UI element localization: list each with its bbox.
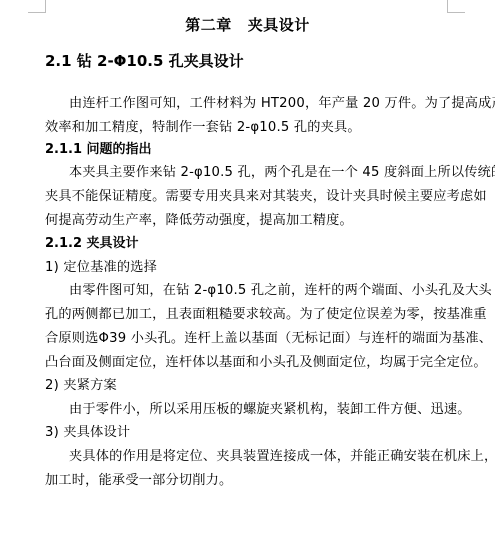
margin-corner-mark-right	[447, 12, 465, 13]
margin-corner-mark-left	[28, 12, 46, 13]
paragraph-line: 凸台面及侧面定位，连杆体以基面和小头孔及侧面定位，均属于完全定位。	[45, 351, 487, 370]
paragraph-line: 效率和加工精度，特制作一套钻 2-φ10.5 孔的夹具。	[45, 116, 361, 135]
paragraph-line: 合原则选Φ39 小头孔。连杆上盖以基面（无标记面）与连杆的端面为基准、	[45, 327, 492, 346]
chapter-name: 夹具设计	[248, 16, 310, 34]
paragraph-line: 本夹具主要作来钻 2-φ10.5 孔，两个孔是在一个 45 度斜面上所以传统的	[69, 161, 495, 180]
list-item-heading: 3) 夹具体设计	[45, 421, 130, 440]
paragraph-line: 夹具不能保证精度。需要专用夹具来对其装夹，设计夹具时候主要应考虑如	[45, 185, 487, 204]
paragraph-line: 何提高劳动生产率，降低劳动强度，提高加工精度。	[45, 209, 353, 228]
paragraph-line: 由于零件小，所以采用压板的螺旋夹紧机构，装卸工件方便、迅速。	[69, 398, 471, 417]
paragraph-line: 孔的两侧都已加工，且表面粗糙要求较高。为了使定位误差为零，按基准重	[45, 303, 487, 322]
subsection-heading: 2.1.1 问题的指出	[45, 138, 152, 157]
chapter-number: 第二章	[185, 16, 232, 34]
paragraph-line: 由连杆工作图可知，工件材料为 HT200，年产量 20 万件。为了提高成产	[69, 92, 495, 111]
paragraph-line: 夹具体的作用是将定位、夹具装置连接成一体，并能正确安装在机床上，	[69, 445, 495, 464]
list-item-heading: 1) 定位基准的选择	[45, 256, 157, 275]
section-title: 2.1 钻 2-Φ10.5 孔夹具设计	[45, 50, 244, 71]
paragraph-line: 由零件图可知，在钻 2-φ10.5 孔之前，连杆的两个端面、小头孔及大头	[69, 279, 492, 298]
subsection-heading: 2.1.2 夹具设计	[45, 232, 139, 251]
list-item-heading: 2) 夹紧方案	[45, 374, 117, 393]
chapter-title: 第二章夹具设计	[0, 14, 495, 35]
paragraph-line: 加工时，能承受一部分切削力。	[45, 469, 232, 488]
